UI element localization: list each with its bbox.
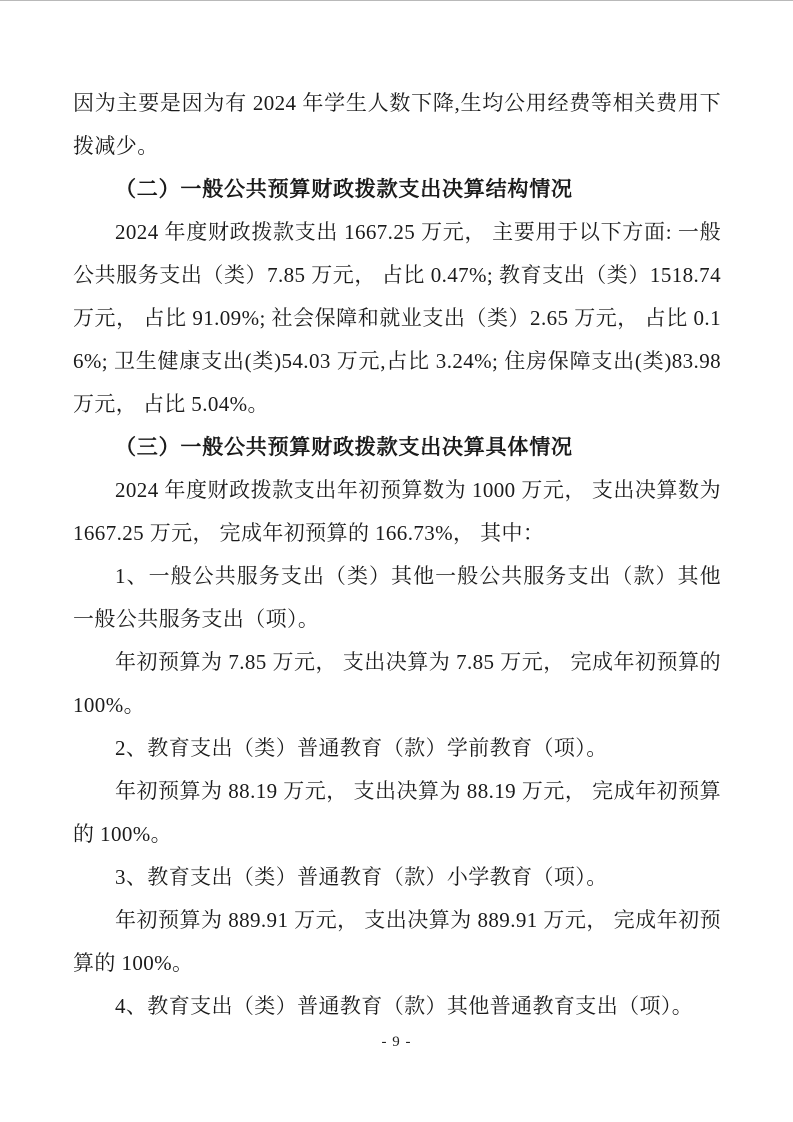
list-item-4: 4、教育支出（类）普通教育（款）其他普通教育支出（项）。 (73, 985, 721, 1028)
section-heading-3: （三）一般公共预算财政拨款支出决算具体情况 (73, 426, 721, 469)
list-item-2: 2、教育支出（类）普通教育（款）学前教育（项）。 (73, 727, 721, 770)
list-item-1: 1、一般公共服务支出（类）其他一般公共服务支出（款）其他一般公共服务支出（项）。 (73, 555, 721, 641)
body-paragraph: 年初预算为 88.19 万元， 支出决算为 88.19 万元， 完成年初预算的 … (73, 770, 721, 856)
section-heading-2: （二）一般公共预算财政拨款支出决算结构情况 (73, 168, 721, 211)
body-paragraph: 年初预算为 7.85 万元， 支出决算为 7.85 万元， 完成年初预算的 10… (73, 641, 721, 727)
body-paragraph: 年初预算为 889.91 万元， 支出决算为 889.91 万元， 完成年初预算… (73, 899, 721, 985)
body-paragraph: 2024 年度财政拨款支出 1667.25 万元， 主要用于以下方面: 一般公共… (73, 211, 721, 426)
body-paragraph: 2024 年度财政拨款支出年初预算数为 1000 万元， 支出决算数为 1667… (73, 469, 721, 555)
page-top-edge (0, 0, 793, 1)
body-paragraph: 因为主要是因为有 2024 年学生人数下降,生均公用经费等相关费用下拨减少。 (73, 82, 721, 168)
document-body: 因为主要是因为有 2024 年学生人数下降,生均公用经费等相关费用下拨减少。 （… (73, 82, 721, 1028)
page-number: - 9 - (0, 1031, 793, 1053)
list-item-3: 3、教育支出（类）普通教育（款）小学教育（项）。 (73, 856, 721, 899)
